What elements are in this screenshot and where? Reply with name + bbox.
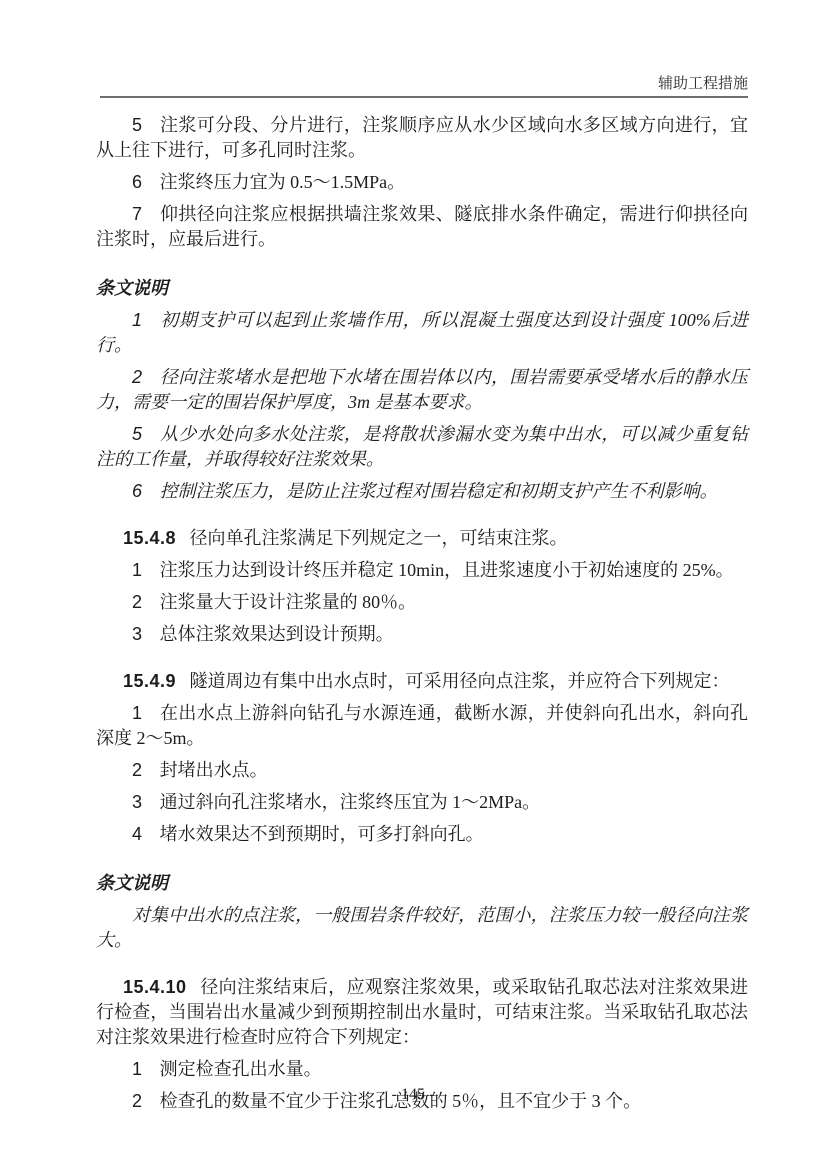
item-text: 测定检查孔出水量。 xyxy=(160,1059,322,1079)
clause-text: 径向注浆结束后，应观察注浆效果，或采取钻孔取芯法对注浆效果进行检查，当围岩出水量… xyxy=(96,977,748,1047)
item-text: 封堵出水点。 xyxy=(160,760,268,780)
explanation-heading: 条文说明 xyxy=(96,276,748,301)
running-head: 辅助工程措施 xyxy=(100,74,748,96)
item-text: 在出水点上游斜向钻孔与水源连通，截断水源，并使斜向孔出水，斜向孔深度 2～5m。 xyxy=(96,703,748,748)
list-item: 7仰拱径向注浆应根据拱墙注浆效果、隧底排水条件确定，需进行仰拱径向注浆时，应最后… xyxy=(96,202,748,252)
item-number: 5 xyxy=(132,115,143,135)
item-number: 4 xyxy=(132,824,143,844)
item-text: 注浆终压力宜为 0.5～1.5MPa。 xyxy=(160,172,406,192)
explanation-heading: 条文说明 xyxy=(96,871,748,896)
explanation-item: 2径向注浆堵水是把地下水堵在围岩体以内，围岩需要承受堵水后的静水压力，需要一定的… xyxy=(96,365,748,415)
item-number: 1 xyxy=(132,310,143,330)
item-number: 3 xyxy=(132,624,143,644)
list-item: 6注浆终压力宜为 0.5～1.5MPa。 xyxy=(96,170,748,195)
clause-number: 15.4.9 xyxy=(123,671,176,691)
item-text: 通过斜向孔注浆堵水，注浆终压宜为 1～2MPa。 xyxy=(160,792,541,812)
item-text: 注浆可分段、分片进行，注浆顺序应从水少区域向水多区域方向进行，宜从上往下进行，可… xyxy=(96,115,748,160)
item-number: 3 xyxy=(132,792,143,812)
item-number: 7 xyxy=(132,204,143,224)
item-text: 控制注浆压力，是防止注浆过程对围岩稳定和初期支护产生不利影响。 xyxy=(160,481,718,501)
clause-15-4-9: 15.4.9隧道周边有集中出水点时，可采用径向点注浆，并应符合下列规定： xyxy=(96,669,748,694)
explanation-item: 1初期支护可以起到止浆墙作用，所以混凝土强度达到设计强度 100%后进行。 xyxy=(96,308,748,358)
item-text: 径向注浆堵水是把地下水堵在围岩体以内，围岩需要承受堵水后的静水压力，需要一定的围… xyxy=(96,367,748,412)
explanation-paragraph: 对集中出水的点注浆，一般围岩条件较好，范围小，注浆压力较一般径向注浆大。 xyxy=(96,903,748,953)
item-number: 2 xyxy=(132,367,143,387)
item-number: 1 xyxy=(132,560,143,580)
clause-15-4-10: 15.4.10径向注浆结束后，应观察注浆效果，或采取钻孔取芯法对注浆效果进行检查… xyxy=(96,975,748,1050)
item-text: 总体注浆效果达到设计预期。 xyxy=(160,624,394,644)
item-text: 初期支护可以起到止浆墙作用，所以混凝土强度达到设计强度 100%后进行。 xyxy=(96,310,748,355)
item-number: 6 xyxy=(132,481,143,501)
clause-15-4-8: 15.4.8径向单孔注浆满足下列规定之一，可结束注浆。 xyxy=(96,526,748,551)
page-header: 辅助工程措施 xyxy=(100,74,748,98)
item-text: 从少水处向多水处注浆，是将散状渗漏水变为集中出水，可以减少重复钻注的工作量，并取… xyxy=(96,424,748,469)
item-number: 2 xyxy=(132,592,143,612)
list-item: 3通过斜向孔注浆堵水，注浆终压宜为 1～2MPa。 xyxy=(96,790,748,815)
clause-text: 隧道周边有集中出水点时，可采用径向点注浆，并应符合下列规定： xyxy=(190,671,730,691)
list-item: 5注浆可分段、分片进行，注浆顺序应从水少区域向水多区域方向进行，宜从上往下进行，… xyxy=(96,113,748,163)
explanation-item: 5从少水处向多水处注浆，是将散状渗漏水变为集中出水，可以减少重复钻注的工作量，并… xyxy=(96,422,748,472)
list-item: 3总体注浆效果达到设计预期。 xyxy=(96,622,748,647)
header-rule xyxy=(100,96,748,98)
item-number: 1 xyxy=(132,1059,143,1079)
item-number: 6 xyxy=(132,172,143,192)
list-item: 1注浆压力达到设计终压并稳定 10min，且进浆速度小于初始速度的 25%。 xyxy=(96,558,748,583)
item-text: 注浆量大于设计注浆量的 80％。 xyxy=(160,592,417,612)
item-text: 仰拱径向注浆应根据拱墙注浆效果、隧底排水条件确定，需进行仰拱径向注浆时，应最后进… xyxy=(96,204,748,249)
item-number: 2 xyxy=(132,760,143,780)
list-item: 4堵水效果达不到预期时，可多打斜向孔。 xyxy=(96,822,748,847)
list-item: 1测定检查孔出水量。 xyxy=(96,1057,748,1082)
list-item: 2封堵出水点。 xyxy=(96,758,748,783)
item-text: 堵水效果达不到预期时，可多打斜向孔。 xyxy=(160,824,484,844)
explanation-item: 6控制注浆压力，是防止注浆过程对围岩稳定和初期支护产生不利影响。 xyxy=(96,479,748,504)
page-content: 5注浆可分段、分片进行，注浆顺序应从水少区域向水多区域方向进行，宜从上往下进行，… xyxy=(96,106,748,1114)
list-item: 1在出水点上游斜向钻孔与水源连通，截断水源，并使斜向孔出水，斜向孔深度 2～5m… xyxy=(96,701,748,751)
item-number: 5 xyxy=(132,424,143,444)
item-text: 注浆压力达到设计终压并稳定 10min，且进浆速度小于初始速度的 25%。 xyxy=(160,560,734,580)
clause-text: 径向单孔注浆满足下列规定之一，可结束注浆。 xyxy=(190,528,568,548)
list-item: 2注浆量大于设计注浆量的 80％。 xyxy=(96,590,748,615)
clause-number: 15.4.8 xyxy=(123,528,176,548)
page-number: - 145 - xyxy=(392,1086,435,1103)
item-number: 1 xyxy=(132,703,143,723)
document-page: 辅助工程措施 5注浆可分段、分片进行，注浆顺序应从水少区域向水多区域方向进行，宜… xyxy=(0,0,826,1169)
page-footer: - 145 - xyxy=(0,1086,826,1104)
clause-number: 15.4.10 xyxy=(123,977,187,997)
